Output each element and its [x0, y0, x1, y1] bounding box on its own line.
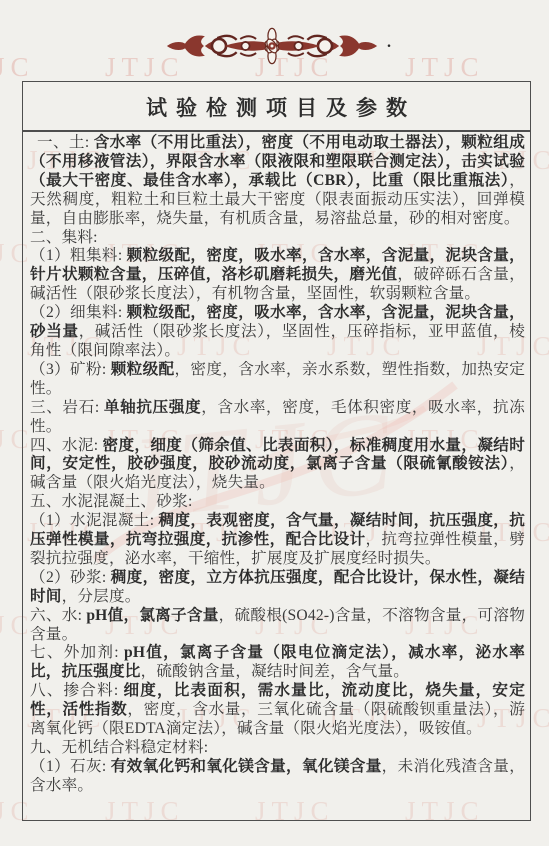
section-mortar: （2）砂浆: 稠度，密度，立方体抗压强度，配合比设计，保水性，凝结时间，分层度。: [30, 569, 525, 607]
text-run: 颗粒级配: [111, 361, 175, 378]
text-run: ，硫酸钠含量，凝结时间差，含气量。: [141, 663, 410, 680]
scanned-page: { "page": {"background": "#f1f0ec"}, "or…: [0, 0, 549, 846]
text-run: 八、掺合料:: [30, 682, 123, 699]
section-aggregate-heading: 二、集料:: [30, 229, 525, 248]
section-coarse-aggregate: （1）粗集料: 颗粒级配，密度，吸水率，含水率，含泥量，泥块含量，针片状颗粒含量…: [30, 247, 525, 304]
text-run: （2）细集料:: [30, 304, 127, 321]
section-mineral-filler: （3）矿粉: 颗粒级配，密度，含水率，亲水系数，塑性指数，加热安定性。: [30, 361, 525, 399]
text-run: ，碱活性（限砂浆长度法），坚固性，压碎指标，亚甲蓝值，棱角性（限间隙率法）。: [30, 323, 525, 359]
text-run: ，分层度。: [62, 588, 141, 605]
text-run: pH值，氯离子含量: [86, 607, 218, 624]
ornament-center-flower: [263, 28, 280, 63]
text-run: 五、水泥混凝土、砂浆:: [30, 493, 192, 510]
section-cement-concrete: （1）水泥混凝土: 稠度，表观密度，含气量，凝结时间，抗压强度，抗压弹性模量，抗…: [30, 512, 525, 569]
text-run: 二、集料:: [30, 229, 98, 246]
section-blending-material: 八、掺合料: 细度，比表面积，需水量比，流动度比，烧失量，安定性，活性指数，密度…: [30, 682, 525, 739]
watermark-text: JTJC: [0, 52, 35, 83]
text-run: 六、水:: [30, 607, 86, 624]
section-fine-aggregate: （2）细集料: 颗粒级配，密度，吸水率，含水率，含泥量，泥块含量，砂当量，碱活性…: [30, 304, 525, 361]
text-run: （1）水泥混凝土:: [30, 512, 159, 529]
text-run: 九、无机结合料稳定材料:: [30, 739, 208, 756]
section-lime: （1）石灰: 有效氧化钙和氧化镁含量，氧化镁含量，未消化残渣含量，含水率。: [30, 758, 525, 796]
text-run: 密度，细度（筛余值、比表面积），标准稠度用水量，凝结时间，安定性，胶砂强度，胶砂…: [30, 437, 525, 473]
text-run: 有效氧化钙和氧化镁含量，氧化镁含量: [111, 758, 382, 775]
text-run: 一、土:: [37, 134, 94, 151]
text-run: （3）矿粉:: [30, 361, 111, 378]
section-water: 六、水: pH值，氯离子含量，硫酸根(SO42-)含量，不溶物含量，可溶物含量。: [30, 607, 525, 645]
section-rock: 三、岩石: 单轴抗压强度，含水率，密度，毛体积密度，吸水率，抗冻性。: [30, 399, 525, 437]
text-run: 四、水泥:: [30, 437, 103, 454]
text-run: 含水率（不用比重法），密度（不用电动取土器法），颗粒组成（不用移液管法），界限含…: [30, 134, 525, 189]
floral-divider-ornament: [166, 25, 378, 67]
text-run: （1）粗集料:: [30, 247, 127, 264]
ornament-trailing-dot: .: [387, 34, 391, 52]
section-cement: 四、水泥: 密度，细度（筛余值、比表面积），标准稠度用水量，凝结时间，安定性，胶…: [30, 437, 525, 494]
section-concrete-mortar-heading: 五、水泥混凝土、砂浆:: [30, 493, 525, 512]
text-run: （1）石灰:: [30, 758, 111, 775]
watermark-text: JTJC: [405, 52, 485, 83]
page-title: 试验检测项目及参数: [137, 92, 416, 122]
section-inorganic-binder-heading: 九、无机结合料稳定材料:: [30, 739, 525, 758]
text-run: （2）砂浆:: [30, 569, 111, 586]
text-run: 三、岩石:: [30, 399, 104, 416]
text-run: 单轴抗压强度: [104, 399, 201, 416]
text-run: 七、外加剂:: [30, 644, 124, 661]
content-box: 一、土: 含水率（不用比重法），密度（不用电动取土器法），颗粒组成（不用移液管法…: [22, 130, 531, 821]
section-soil: 一、土: 含水率（不用比重法），密度（不用电动取土器法），颗粒组成（不用移液管法…: [30, 134, 525, 229]
section-admixture: 七、外加剂: pH值，氯离子含量（限电位滴定法），减水率，泌水率比，抗压强度比，…: [30, 644, 525, 682]
title-box: 试验检测项目及参数: [22, 81, 531, 132]
